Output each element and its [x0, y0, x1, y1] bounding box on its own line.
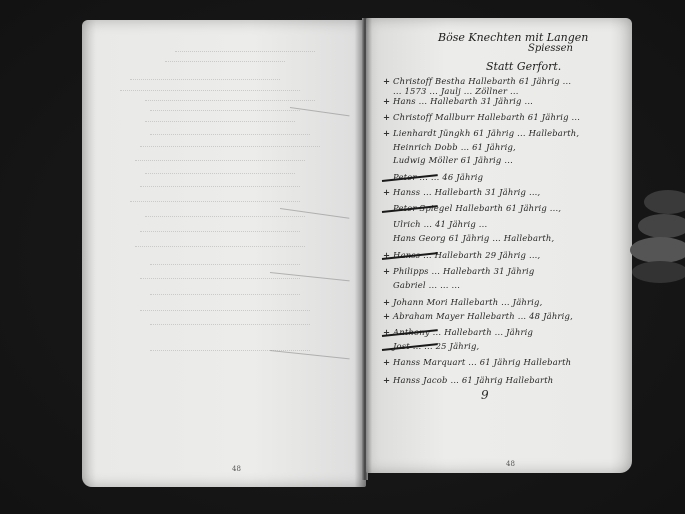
- entry-text: Hanss Marquart ... 61 Jährig Hallebarth: [393, 357, 571, 367]
- left-folio-number: 48: [232, 465, 241, 473]
- cross-mark-icon: +: [383, 375, 393, 385]
- bleed-through-line: [140, 180, 300, 187]
- entry-text: Abraham Mayer Hallebarth ... 48 Jährig,: [393, 311, 573, 321]
- bleed-through-line: [140, 225, 300, 232]
- bleed-through-line: [175, 45, 315, 52]
- entry-row: +Philipps ... Hallebarth 31 Jährig: [383, 266, 628, 276]
- entry-text: Ludwig Möller 61 Jährig ...: [393, 155, 513, 165]
- cross-mark-icon: +: [383, 266, 393, 276]
- page-subheading: Statt Gerfort.: [486, 60, 561, 73]
- cross-mark-icon: +: [383, 128, 393, 138]
- bleed-through-line: [130, 195, 300, 202]
- entry-text: Philipps ... Hallebarth 31 Jährig: [393, 266, 535, 276]
- bleed-through-line: [135, 240, 305, 247]
- bleed-through-line: [145, 167, 295, 174]
- bleed-through-line: [140, 140, 320, 147]
- entry-row: +Hanss Jacob ... 61 Jährig Hallebarth: [383, 375, 628, 385]
- entry-text: Christoff Mallburr Hallebarth 61 Jährig …: [393, 112, 580, 122]
- entry-row: +Christoff Bestha Hallebarth 61 Jährig .…: [383, 76, 628, 86]
- bleed-through-line: [150, 318, 310, 325]
- entry-text: Hans Georg 61 Jährig ... Hallebarth,: [393, 233, 554, 243]
- bleed-through-line: [150, 288, 300, 295]
- entry-text: ... 1573 ... Jaulj ... Zöllner ...: [393, 86, 519, 96]
- bleed-through-line: [145, 94, 315, 101]
- entry-text: Gabriel ... ... ...: [393, 280, 460, 290]
- bleed-through-line: [145, 210, 305, 217]
- entry-row: Heinrich Dobb ... 61 Jährig,: [383, 142, 628, 152]
- cross-mark-icon: +: [383, 357, 393, 367]
- page-heading-line2: Spiessen: [528, 43, 573, 54]
- bleed-through-line: [150, 104, 300, 111]
- entry-row: +Lienhardt Jüngkh 61 Jährig ... Hallebar…: [383, 128, 628, 138]
- entry-row: ... 1573 ... Jaulj ... Zöllner ...: [383, 86, 628, 96]
- entry-text: Lienhardt Jüngkh 61 Jährig ... Hallebart…: [393, 128, 579, 138]
- entry-text: Hans ... Hallebarth 31 Jährig ...: [393, 96, 533, 106]
- entry-row: Ulrich ... 41 Jährig ...: [383, 219, 628, 229]
- entry-text: Hanss Jacob ... 61 Jährig Hallebarth: [393, 375, 553, 385]
- bleed-through-line: [165, 55, 285, 62]
- entry-row: +Hanss Marquart ... 61 Jährig Hallebarth: [383, 357, 628, 367]
- entry-text: Hanss ... Hallebarth 31 Jährig ...,: [393, 187, 540, 197]
- bleed-through-line: [130, 73, 280, 80]
- entry-row: Ludwig Möller 61 Jährig ...: [383, 155, 628, 165]
- entry-row: Hans Georg 61 Jährig ... Hallebarth,: [383, 233, 628, 243]
- entry-row: +Christoff Mallburr Hallebarth 61 Jährig…: [383, 112, 628, 122]
- entry-text: Ulrich ... 41 Jährig ...: [393, 219, 487, 229]
- entry-text: Heinrich Dobb ... 61 Jährig,: [393, 142, 516, 152]
- cross-mark-icon: +: [383, 112, 393, 122]
- right-folio-number: 48: [506, 460, 515, 468]
- bleed-through-line: [120, 84, 300, 91]
- bleed-through-line: [150, 128, 310, 135]
- cross-mark-icon: +: [383, 297, 393, 307]
- hand-holding-page: [620, 180, 685, 290]
- cross-mark-icon: +: [383, 76, 393, 86]
- entry-row: +Hanss ... Hallebarth 31 Jährig ...,: [383, 187, 628, 197]
- bleed-through-line: [135, 154, 305, 161]
- entry-text: Christoff Bestha Hallebarth 61 Jährig ..…: [393, 76, 571, 86]
- bleed-through-line: [150, 344, 310, 351]
- entry-row: +Hans ... Hallebarth 31 Jährig ...: [383, 96, 628, 106]
- bleed-through-line: [140, 304, 310, 311]
- cross-mark-icon: +: [383, 96, 393, 106]
- bleed-through-line: [145, 115, 295, 122]
- cross-mark-icon: +: [383, 187, 393, 197]
- cross-mark-icon: +: [383, 311, 393, 321]
- entry-row: Gabriel ... ... ...: [383, 280, 628, 290]
- bleed-through-line: [150, 258, 300, 265]
- entry-text: Johann Mori Hallebarth ... Jährig,: [393, 297, 543, 307]
- entry-row: +Abraham Mayer Hallebarth ... 48 Jährig,: [383, 311, 628, 321]
- page-mark: 9: [481, 388, 489, 402]
- entry-row: +Johann Mori Hallebarth ... Jährig,: [383, 297, 628, 307]
